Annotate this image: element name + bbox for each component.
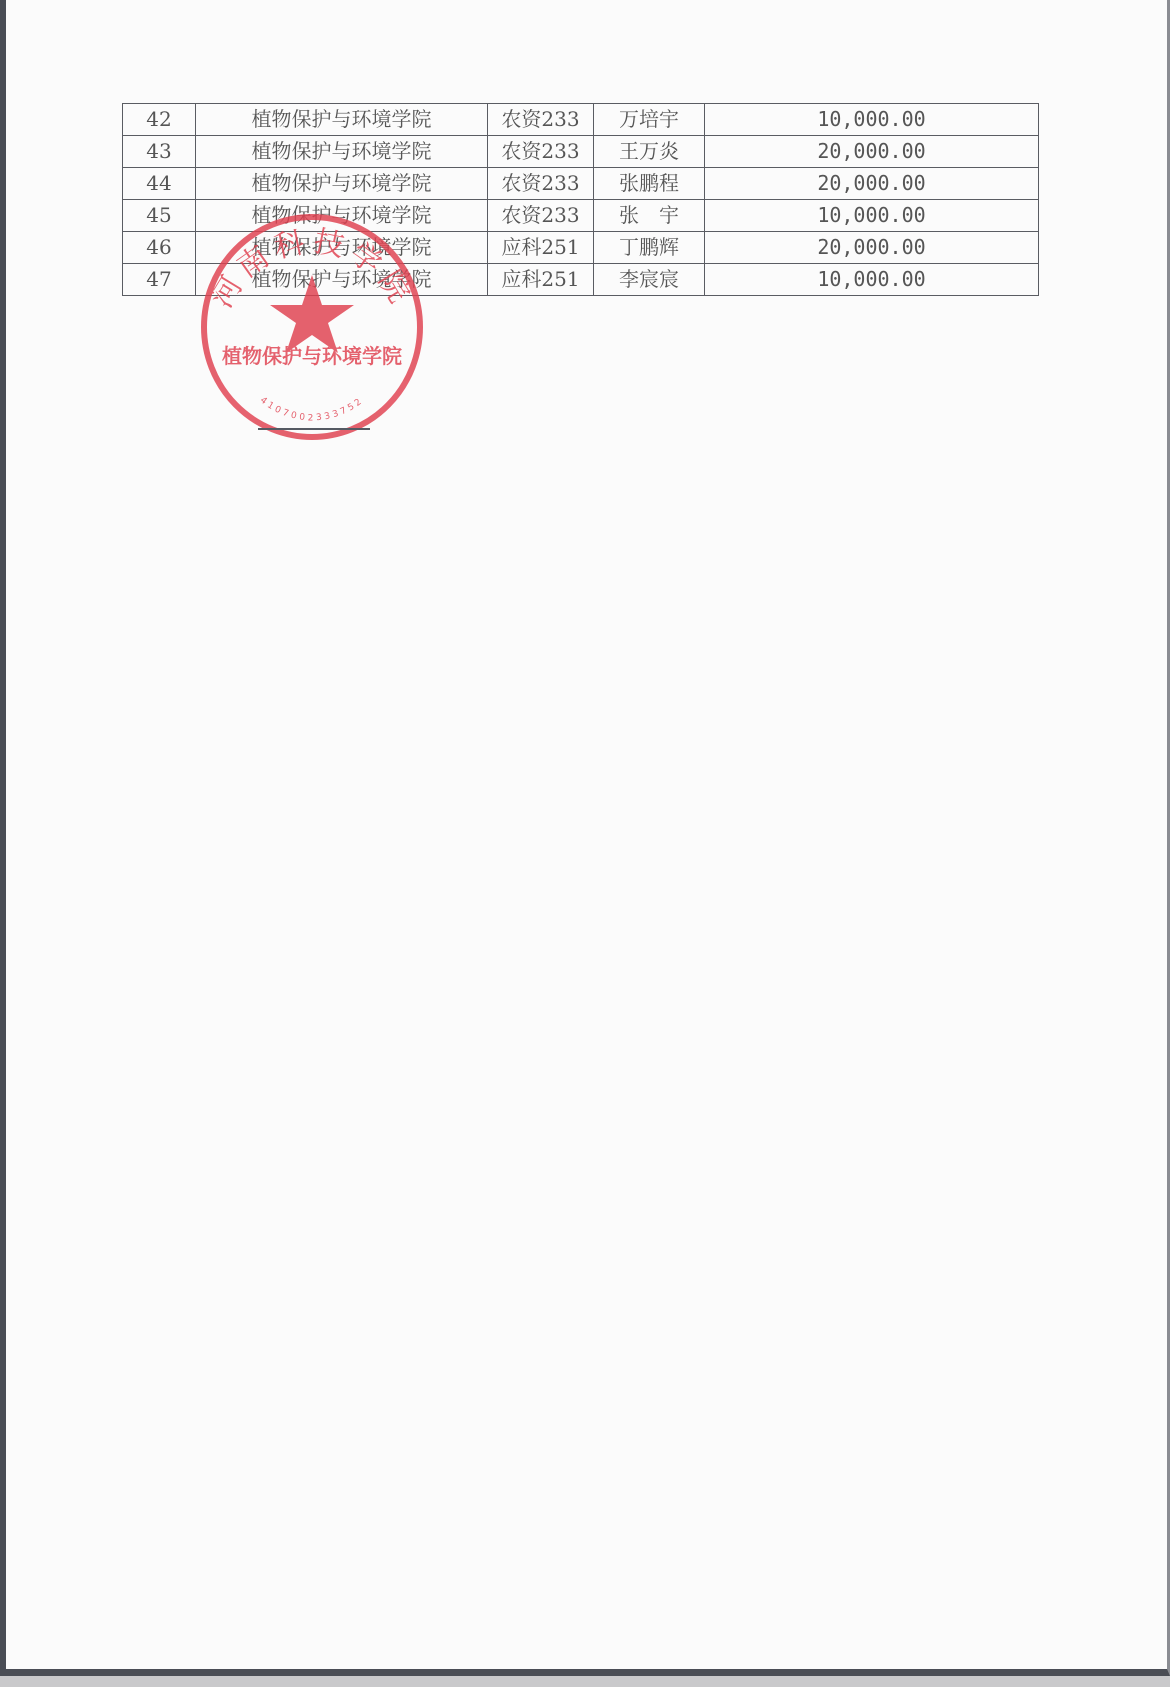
college-cell: 植物保护与环境学院: [196, 232, 488, 264]
student-name-cell: 张 宇: [594, 200, 705, 232]
student-name-cell: 万培宇: [594, 104, 705, 136]
row-number: 47: [123, 264, 196, 296]
college-cell: 植物保护与环境学院: [196, 264, 488, 296]
class-cell: 农资233: [488, 200, 594, 232]
table-row: 46植物保护与环境学院应科251丁鹏辉20,000.00: [123, 232, 1039, 264]
row-number: 46: [123, 232, 196, 264]
row-number: 45: [123, 200, 196, 232]
document-page: 42植物保护与环境学院农资233万培宇10,000.0043植物保护与环境学院农…: [0, 0, 1170, 1676]
college-cell: 植物保护与环境学院: [196, 104, 488, 136]
class-cell: 应科251: [488, 232, 594, 264]
amount-cell: 20,000.00: [705, 136, 1039, 168]
amount-cell: 20,000.00: [705, 168, 1039, 200]
student-name-cell: 李宸宸: [594, 264, 705, 296]
amount-cell: 20,000.00: [705, 232, 1039, 264]
signature-line: [258, 428, 370, 430]
amount-cell: 10,000.00: [705, 200, 1039, 232]
student-name-cell: 丁鹏辉: [594, 232, 705, 264]
table-row: 43植物保护与环境学院农资233王万炎20,000.00: [123, 136, 1039, 168]
class-cell: 农资233: [488, 168, 594, 200]
seal-center-text: 植物保护与环境学院: [222, 344, 402, 368]
amount-cell: 10,000.00: [705, 264, 1039, 296]
roster-table: 42植物保护与环境学院农资233万培宇10,000.0043植物保护与环境学院农…: [122, 103, 1039, 296]
table-row: 44植物保护与环境学院农资233张鹏程20,000.00: [123, 168, 1039, 200]
student-name-cell: 王万炎: [594, 136, 705, 168]
college-cell: 植物保护与环境学院: [196, 168, 488, 200]
class-cell: 应科251: [488, 264, 594, 296]
class-cell: 农资233: [488, 104, 594, 136]
college-cell: 植物保护与环境学院: [196, 200, 488, 232]
row-number: 42: [123, 104, 196, 136]
svg-text:4107002333752: 4107002333752: [258, 395, 366, 423]
amount-cell: 10,000.00: [705, 104, 1039, 136]
table-row: 47植物保护与环境学院应科251李宸宸10,000.00: [123, 264, 1039, 296]
class-cell: 农资233: [488, 136, 594, 168]
student-name-cell: 张鹏程: [594, 168, 705, 200]
row-number: 43: [123, 136, 196, 168]
table-row: 45植物保护与环境学院农资233张 宇10,000.00: [123, 200, 1039, 232]
table-row: 42植物保护与环境学院农资233万培宇10,000.00: [123, 104, 1039, 136]
row-number: 44: [123, 168, 196, 200]
college-cell: 植物保护与环境学院: [196, 136, 488, 168]
seal-serial-text: 4107002333752: [258, 395, 366, 423]
roster-table-body: 42植物保护与环境学院农资233万培宇10,000.0043植物保护与环境学院农…: [123, 104, 1039, 296]
